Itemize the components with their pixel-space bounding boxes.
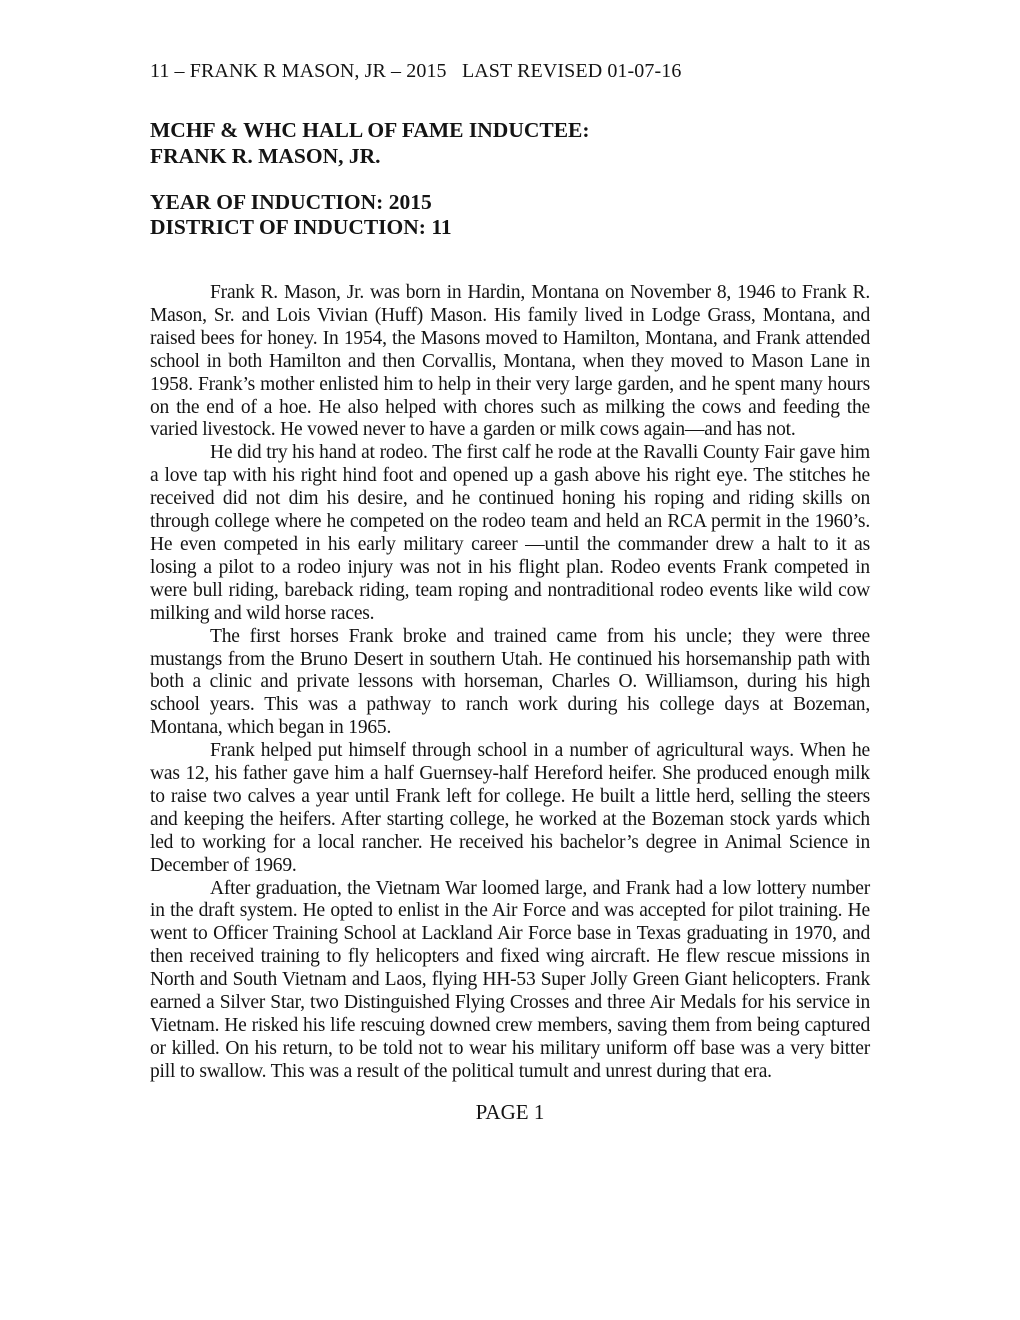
induction-district-line: DISTRICT OF INDUCTION: 11 bbox=[150, 215, 870, 240]
body-paragraph: Frank helped put himself through school … bbox=[150, 740, 870, 877]
induction-year-line: YEAR OF INDUCTION: 2015 bbox=[150, 190, 870, 215]
inductee-heading: MCHF & WHC HALL OF FAME INDUCTEE: bbox=[150, 117, 870, 143]
page-number: PAGE 1 bbox=[150, 1100, 870, 1124]
body-paragraph: He did try his hand at rodeo. The first … bbox=[150, 442, 870, 625]
body-paragraph: After graduation, the Vietnam War loomed… bbox=[150, 878, 870, 1084]
inductee-title-block: MCHF & WHC HALL OF FAME INDUCTEE: FRANK … bbox=[150, 117, 870, 169]
document-page: 11 – FRANK R MASON, JR – 2015 LAST REVIS… bbox=[0, 0, 1020, 1320]
body-paragraph: The first horses Frank broke and trained… bbox=[150, 626, 870, 741]
body-paragraph: Frank R. Mason, Jr. was born in Hardin, … bbox=[150, 282, 870, 442]
inductee-name: FRANK R. MASON, JR. bbox=[150, 143, 870, 169]
induction-info-block: YEAR OF INDUCTION: 2015 DISTRICT OF INDU… bbox=[150, 190, 870, 240]
document-body: Frank R. Mason, Jr. was born in Hardin, … bbox=[150, 282, 870, 1084]
document-header-line: 11 – FRANK R MASON, JR – 2015 LAST REVIS… bbox=[150, 59, 870, 83]
